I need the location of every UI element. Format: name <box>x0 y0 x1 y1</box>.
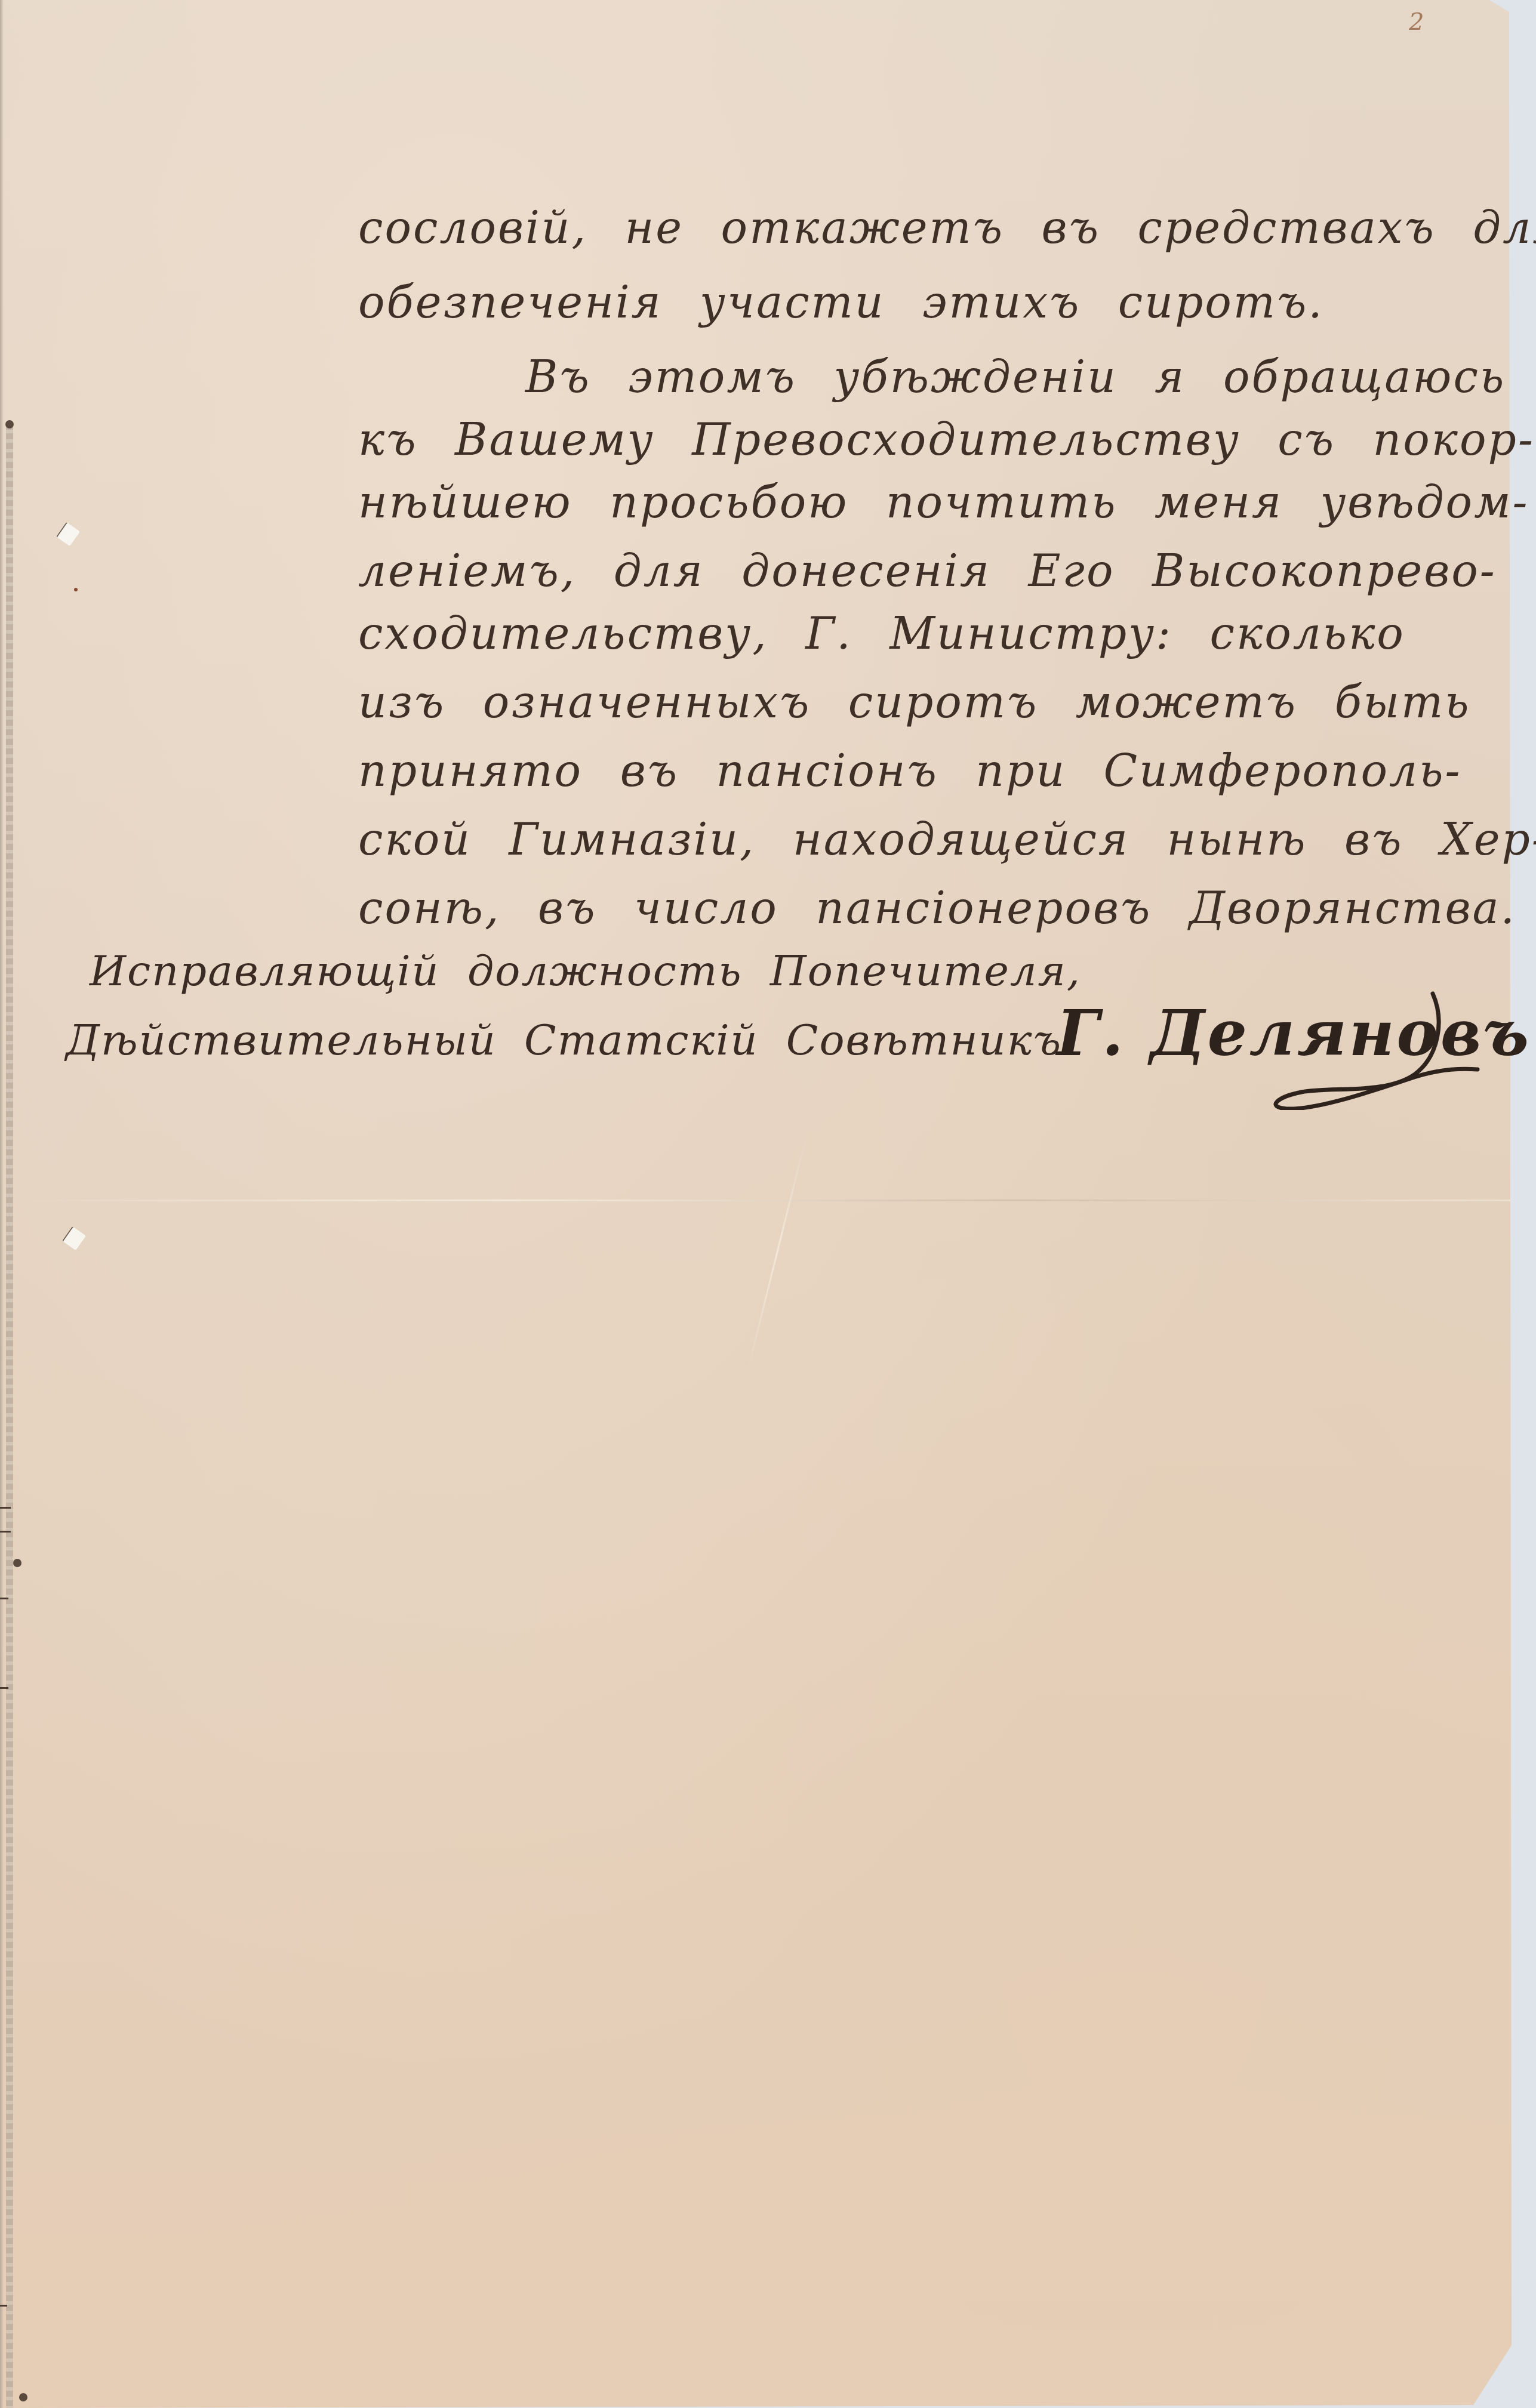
diagonal-crease <box>747 1137 807 1370</box>
body-line-7: сходительству, Г. Министру: сколько <box>358 612 1510 656</box>
body-line-11: сонѣ, въ число пансіонеровъ Дворянства. <box>358 886 1510 930</box>
body-text: изъ означенныхъ сиротъ можетъ быть <box>358 680 1471 724</box>
body-text: къ Вашему Превосходительству съ покор- <box>358 418 1535 462</box>
signature-position-title: Исправляющій должность Попечителя, <box>90 950 1081 992</box>
body-line-9: принято въ пансіонъ при Симферополь- <box>358 749 1510 793</box>
body-line-1: сословій, не откажетъ въ средствахъ для <box>358 206 1510 250</box>
binding-knot-middle <box>13 1559 21 1567</box>
ink-speck <box>74 588 78 591</box>
body-text: нѣйшею просьбою почтить меня увѣдом- <box>358 480 1529 525</box>
document-scan: 2 сословій, не откажетъ въ средствахъ дл… <box>0 0 1536 2408</box>
binding-knot-bottom <box>19 2393 27 2401</box>
body-line-4: къ Вашему Превосходительству съ покор- <box>358 418 1510 462</box>
previous-page-mark <box>0 1507 11 1509</box>
body-text: Въ этомъ убѣжденіи я обращаюсь <box>525 355 1506 399</box>
body-text: сонѣ, въ число пансіонеровъ Дворянства. <box>358 886 1516 930</box>
body-line-3-paragraph-start: Въ этомъ убѣжденіи я обращаюсь <box>525 355 1510 399</box>
page-number: 2 <box>1409 8 1424 36</box>
binding-knot-top <box>5 420 14 428</box>
signature-flourish-icon <box>1051 973 1480 1110</box>
body-text: сходительству, Г. Министру: сколько <box>358 612 1405 656</box>
body-text: обезпеченія участи этихъ сиротъ. <box>358 280 1324 325</box>
body-line-10: ской Гимназіи, находящейся нынѣ въ Хер- <box>358 818 1510 862</box>
previous-page-mark <box>0 1598 8 1599</box>
signature-rank: Дѣйствительный Статскій Совѣтникъ <box>66 1019 1062 1061</box>
body-text: сословій, не откажетъ въ средствахъ для <box>358 206 1536 250</box>
pin-hole-upper <box>56 522 80 547</box>
previous-page-mark <box>0 1687 8 1689</box>
binding-thread <box>6 424 13 2408</box>
body-line-2: обезпеченія участи этихъ сиротъ. <box>358 280 1510 325</box>
previous-page-mark <box>0 2305 7 2307</box>
body-text: леніемъ, для донесенія Его Высокопрево- <box>358 549 1497 593</box>
horizontal-fold-crease <box>12 1200 1510 1201</box>
body-line-5: нѣйшею просьбою почтить меня увѣдом- <box>358 480 1510 525</box>
body-text: ской Гимназіи, находящейся нынѣ въ Хер- <box>358 818 1536 862</box>
pin-hole-lower <box>62 1226 86 1251</box>
previous-page-mark <box>0 1531 11 1533</box>
page-left-edge <box>0 0 4 2408</box>
body-text: принято въ пансіонъ при Симферополь- <box>358 749 1461 793</box>
body-line-6: леніемъ, для донесенія Его Высокопрево- <box>358 549 1510 593</box>
autograph-signature: Г. Деляновъ <box>1051 973 1480 1110</box>
body-line-8: изъ означенныхъ сиротъ можетъ быть <box>358 680 1510 724</box>
